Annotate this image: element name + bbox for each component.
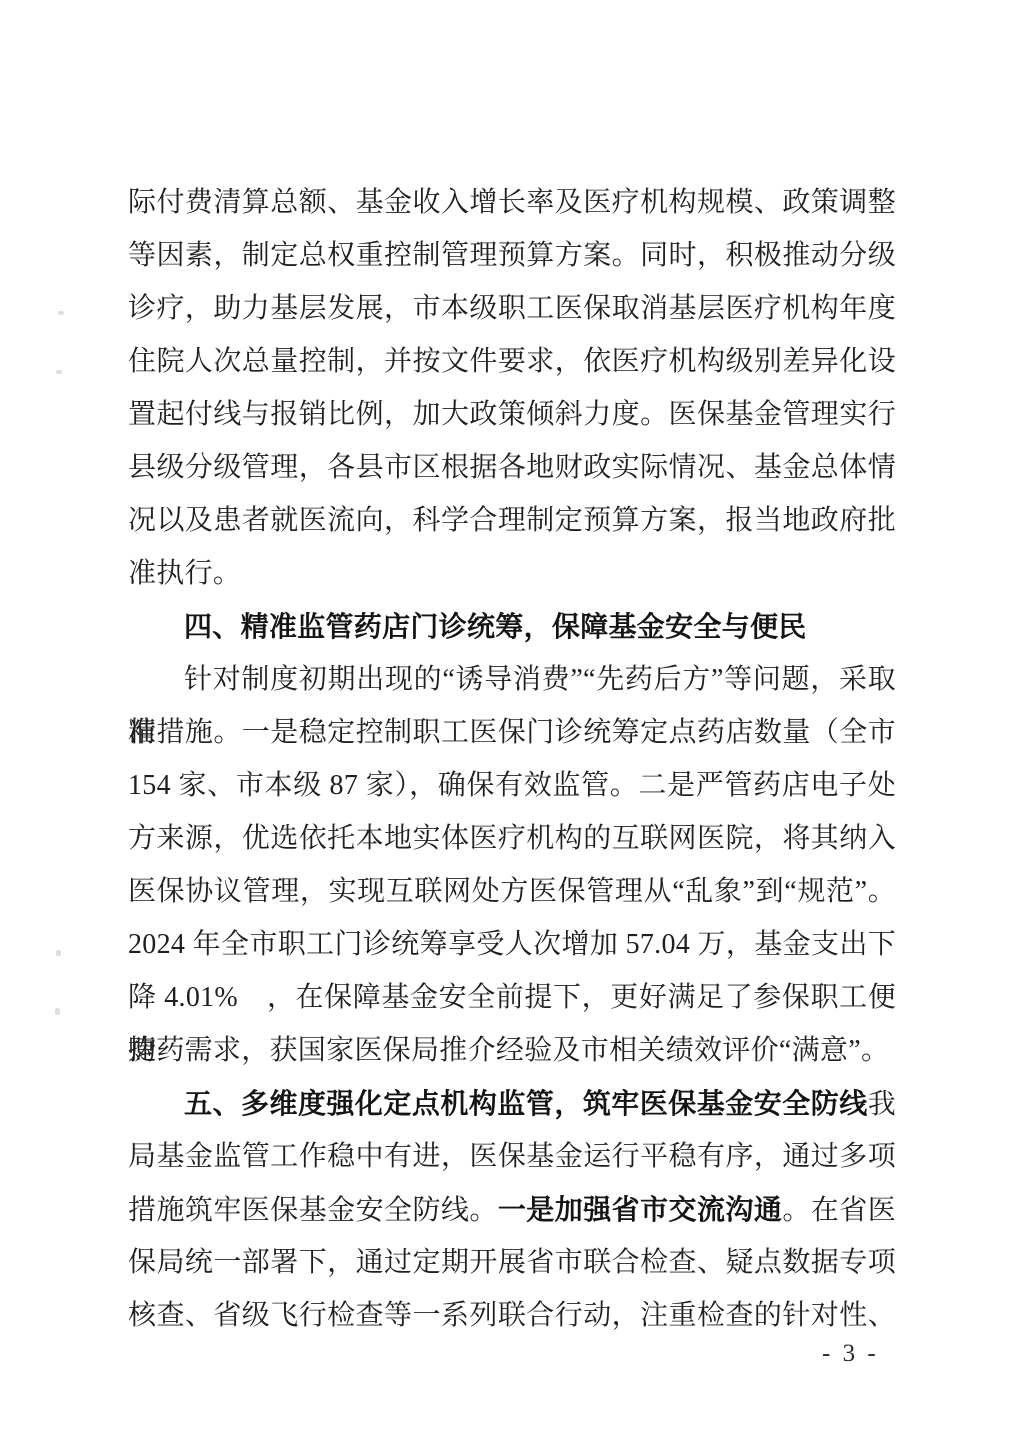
scan-artifact: [58, 311, 64, 315]
text-segment: 县级分级管理，各县市区根据各地财政实际情况、基金总体情: [128, 452, 896, 483]
text-segment: 局基金监管工作稳中有进，医保基金运行平稳有序，通过多项: [128, 1141, 896, 1172]
text-line: 降 4.01% ，在保障基金安全前提下，更好满足了参保职工便捷: [128, 971, 896, 1024]
text-line: 况以及患者就医流向，科学合理制定预算方案，报当地政府批: [128, 494, 896, 547]
text-line: 措施筑牢医保基金安全防线。一是加强省市交流沟通。在省医: [128, 1183, 896, 1236]
text-line: 针对制度初期出现的“诱导消费”“先药后方”等问题，采取精: [128, 653, 896, 706]
text-segment: 保局统一部署下，通过定期开展省市联合检查、疑点数据专项: [128, 1247, 896, 1278]
section-heading: 四、精准监管药店门诊统筹，保障基金安全与便民: [128, 600, 896, 653]
text-segment: 2024 年全市职工门诊统筹享受人次增加 57.04 万，基金支出下: [128, 929, 896, 960]
text-line: 等因素，制定总权重控制管理预算方案。同时，积极推动分级: [128, 229, 896, 282]
bold-text-segment: 四、精准监管药店门诊统筹，保障基金安全与便民: [184, 611, 807, 642]
scan-artifact: [56, 370, 62, 374]
text-line: 五、多维度强化定点机构监管，筑牢医保基金安全防线我: [128, 1077, 896, 1130]
text-segment: 准执行。: [128, 558, 241, 589]
text-line: 置起付线与报销比例，加大政策倾斜力度。医保基金管理实行: [128, 388, 896, 441]
text-segment: 际付费清算总额、基金收入增长率及医疗机构规模、政策调整: [128, 187, 896, 218]
text-line: 2024 年全市职工门诊统筹享受人次增加 57.04 万，基金支出下: [128, 918, 896, 971]
text-line: 住院人次总量控制，并按文件要求，依医疗机构级别差异化设: [128, 335, 896, 388]
text-segment: 医保协议管理，实现互联网处方医保管理从“乱象”到“规范”。: [128, 876, 896, 907]
text-line: 保局统一部署下，通过定期开展省市联合检查、疑点数据专项: [128, 1236, 896, 1289]
text-segment: 住院人次总量控制，并按文件要求，依医疗机构级别差异化设: [128, 346, 896, 377]
text-line: 购药需求，获国家医保局推介经验及市相关绩效评价“满意”。: [128, 1024, 896, 1077]
text-segment: 154 家、市本级 87 家），确保有效监管。二是严管药店电子处: [128, 770, 896, 801]
text-line: 方来源，优选依托本地实体医疗机构的互联网医院，将其纳入: [128, 812, 896, 865]
text-segment: 措施筑牢医保基金安全防线。: [128, 1195, 498, 1226]
text-line: 际付费清算总额、基金收入增长率及医疗机构规模、政策调整: [128, 176, 896, 229]
text-line: 县级分级管理，各县市区根据各地财政实际情况、基金总体情: [128, 441, 896, 494]
text-segment: 等因素，制定总权重控制管理预算方案。同时，积极推动分级: [128, 240, 896, 271]
text-segment: 诊疗，助力基层发展，市本级职工医保取消基层医疗机构年度: [128, 293, 896, 324]
text-segment: 。在省医: [782, 1195, 896, 1226]
text-segment: 我: [868, 1089, 896, 1120]
text-segment: 核查、省级飞行检查等一系列联合行动，注重检查的针对性、: [128, 1300, 896, 1331]
text-segment: 准措施。一是稳定控制职工医保门诊统筹定点药店数量（全市: [128, 717, 896, 748]
text-line: 核查、省级飞行检查等一系列联合行动，注重检查的针对性、: [128, 1289, 896, 1342]
text-segment: 购药需求，获国家医保局推介经验及市相关绩效评价“满意”。: [128, 1035, 889, 1066]
text-segment: 方来源，优选依托本地实体医疗机构的互联网医院，将其纳入: [128, 823, 896, 854]
bold-text-segment: 一是加强省市交流沟通: [498, 1194, 783, 1225]
document-body: 际付费清算总额、基金收入增长率及医疗机构规模、政策调整等因素，制定总权重控制管理…: [128, 176, 896, 1342]
text-line: 准措施。一是稳定控制职工医保门诊统筹定点药店数量（全市: [128, 706, 896, 759]
text-segment: 置起付线与报销比例，加大政策倾斜力度。医保基金管理实行: [128, 399, 896, 430]
scan-artifact: [55, 1008, 60, 1015]
text-line: 154 家、市本级 87 家），确保有效监管。二是严管药店电子处: [128, 759, 896, 812]
text-line: 准执行。: [128, 547, 896, 600]
text-segment: 况以及患者就医流向，科学合理制定预算方案，报当地政府批: [128, 505, 896, 536]
text-line: 诊疗，助力基层发展，市本级职工医保取消基层医疗机构年度: [128, 282, 896, 335]
bold-text-segment: 五、多维度强化定点机构监管，筑牢医保基金安全防线: [184, 1088, 868, 1119]
page-number: - 3 -: [822, 1340, 879, 1368]
text-line: 局基金监管工作稳中有进，医保基金运行平稳有序，通过多项: [128, 1130, 896, 1183]
text-line: 医保协议管理，实现互联网处方医保管理从“乱象”到“规范”。: [128, 865, 896, 918]
document-page: 际付费清算总额、基金收入增长率及医疗机构规模、政策调整等因素，制定总权重控制管理…: [0, 0, 1024, 1447]
scan-artifact: [56, 950, 61, 956]
